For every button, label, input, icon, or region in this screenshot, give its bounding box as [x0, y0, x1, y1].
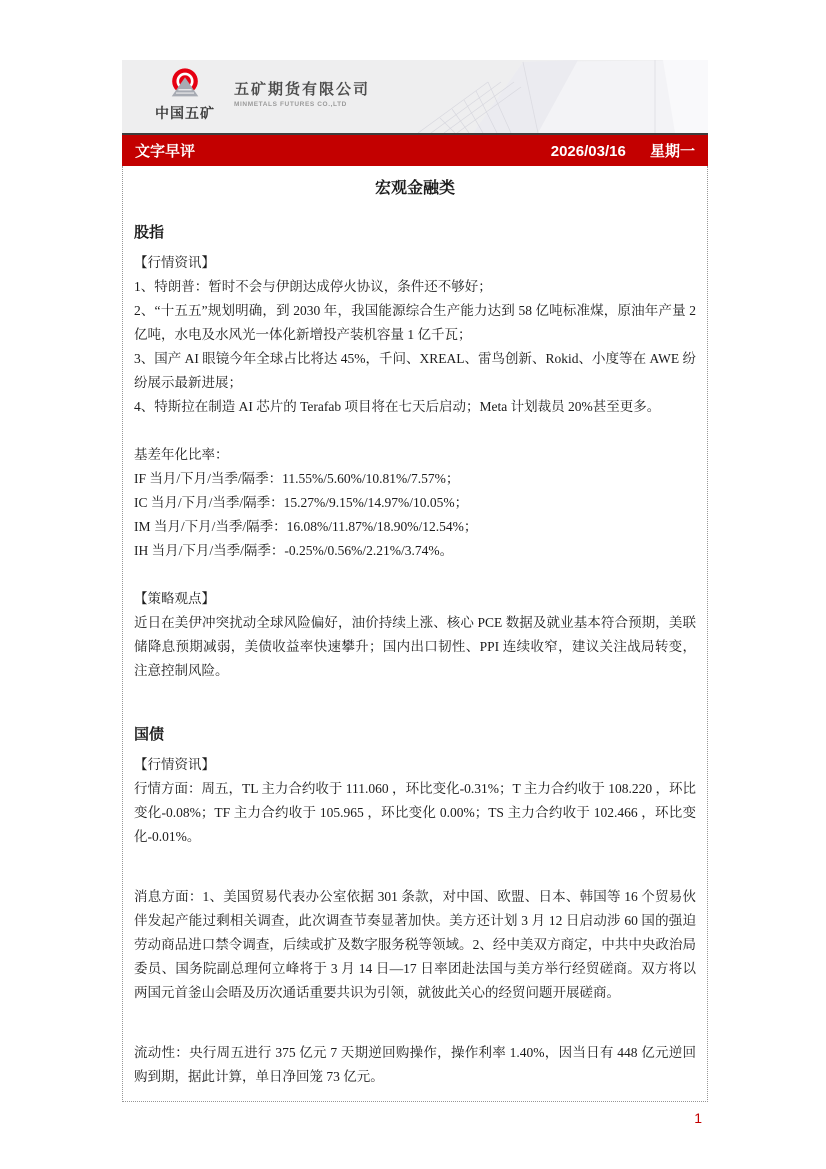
strategy-text: 近日在美伊冲突扰动全球风险偏好，油价持续上涨、核心 PCE 数据及就业基本符合预… [134, 611, 696, 683]
news-item: 4、特斯拉在制造 AI 芯片的 Terafab 项目将在七天后启动；Meta 计… [134, 395, 696, 419]
report-header: 中国五矿 五矿期货有限公司 MINMETALS FUTURES CO.,LTD [122, 60, 708, 133]
strategy-label: 【策略观点】 [134, 587, 696, 611]
minmetals-logo-icon [166, 66, 204, 104]
info-label: 【行情资讯】 [134, 251, 696, 275]
minmetals-logo: 中国五矿 [152, 66, 218, 123]
section-heading-stock-index: 股指 [134, 221, 696, 245]
company-name-cn: 五矿期货有限公司 [234, 78, 370, 99]
document-page: 中国五矿 五矿期货有限公司 MINMETALS FUTURES CO.,LTD … [122, 60, 708, 1126]
banner-title: 文字早评 [135, 140, 195, 161]
banner-date: 2026/03/16 星期一 [551, 140, 695, 161]
building-image [363, 60, 708, 133]
news-text: 消息方面：1、美国贸易代表办公室依据 301 条款，对中国、欧盟、日本、韩国等 … [134, 885, 696, 1005]
basis-title: 基差年化比率： [134, 443, 696, 467]
report-body: 宏观金融类 股指 【行情资讯】 1、特朗普：暂时不会与伊朗达成停火协议，条件还不… [122, 166, 708, 1102]
title-banner: 文字早评 2026/03/16 星期一 [122, 133, 708, 166]
liquidity-text: 流动性：央行周五进行 375 亿元 7 天期逆回购操作，操作利率 1.40%，因… [134, 1041, 696, 1089]
company-name-block: 五矿期货有限公司 MINMETALS FUTURES CO.,LTD [234, 66, 370, 108]
page-number: 1 [122, 1110, 708, 1126]
section-heading-treasury-bond: 国债 [134, 723, 696, 747]
date-text: 2026/03/16 [551, 143, 626, 160]
news-item: 1、特朗普：暂时不会与伊朗达成停火协议，条件还不够好； [134, 275, 696, 299]
news-item: 3、国产 AI 眼镜今年全球占比将达 45%，千问、XREAL、雷鸟创新、Rok… [134, 347, 696, 395]
weekday-text: 星期一 [650, 143, 695, 160]
logo-text: 中国五矿 [152, 103, 218, 123]
basis-line-if: IF 当月/下月/当季/隔季：11.55%/5.60%/10.81%/7.57%… [134, 467, 696, 491]
brand-block: 中国五矿 五矿期货有限公司 MINMETALS FUTURES CO.,LTD [152, 66, 370, 123]
basis-line-ic: IC 当月/下月/当季/隔季：15.27%/9.15%/14.97%/10.05… [134, 491, 696, 515]
news-item: 2、“十五五”规划明确，到 2030 年，我国能源综合生产能力达到 58 亿吨标… [134, 299, 696, 347]
category-title: 宏观金融类 [134, 179, 696, 199]
basis-line-ih: IH 当月/下月/当季/隔季：-0.25%/0.56%/2.21%/3.74%。 [134, 539, 696, 563]
basis-line-im: IM 当月/下月/当季/隔季：16.08%/11.87%/18.90%/12.5… [134, 515, 696, 539]
company-name-en: MINMETALS FUTURES CO.,LTD [234, 101, 370, 108]
market-text: 行情方面：周五，TL 主力合约收于 111.060 ，环比变化-0.31%；T … [134, 777, 696, 849]
info-label: 【行情资讯】 [134, 753, 696, 777]
